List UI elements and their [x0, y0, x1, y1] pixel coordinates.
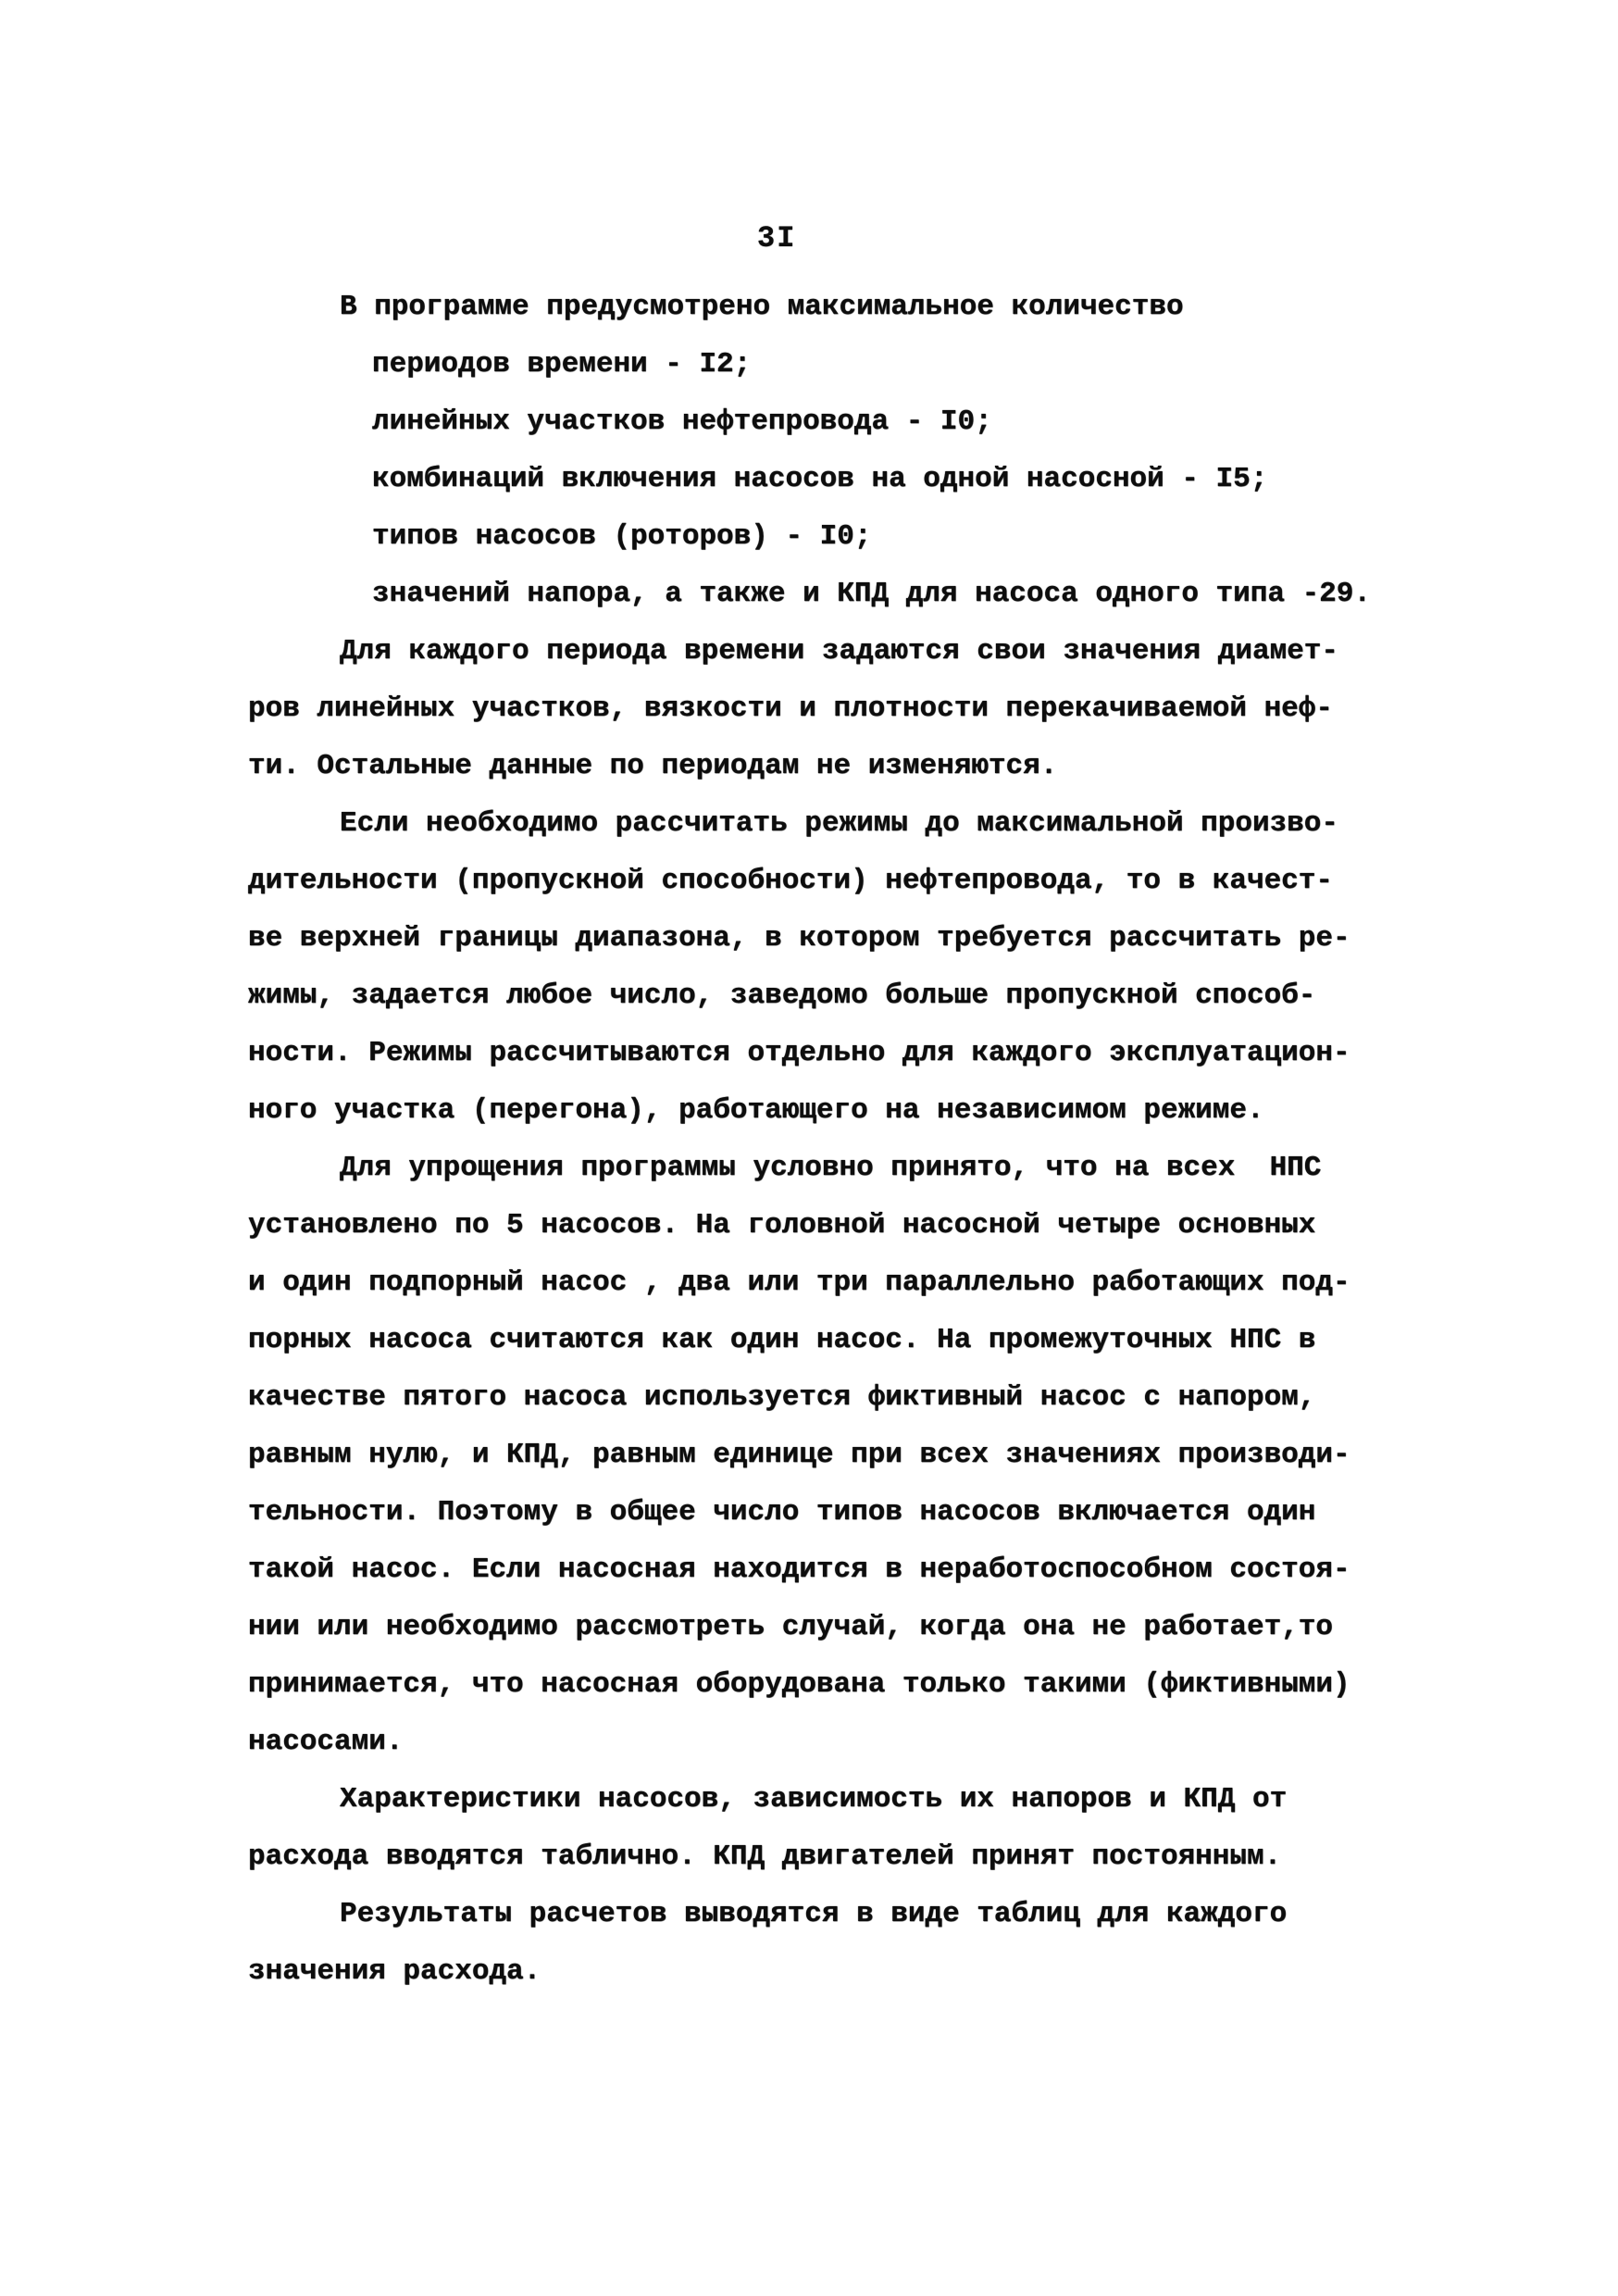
text-line: комбинаций включения насосов на одной на…	[248, 451, 1424, 508]
text-line: расхода вводятся таблично. КПД двигателе…	[248, 1828, 1424, 1886]
text-line: жимы, задается любое число, заведомо бол…	[248, 967, 1424, 1025]
text-line: Для каждого периода времени задаются сво…	[248, 623, 1424, 680]
document-page: 3I В программе предусмотрено максимально…	[0, 0, 1618, 2296]
text-line: ти. Остальные данные по периодам не изме…	[248, 738, 1424, 795]
text-line: установлено по 5 насосов. На головной на…	[248, 1197, 1424, 1254]
text-line: Результаты расчетов выводятся в виде таб…	[248, 1886, 1424, 1943]
text-line: типов насосов (роторов) - I0;	[248, 508, 1424, 566]
text-line: такой насос. Если насосная находится в н…	[248, 1541, 1424, 1599]
text-line: ров линейных участков, вязкости и плотно…	[248, 680, 1424, 738]
text-line: Характеристики насосов, зависимость их н…	[248, 1771, 1424, 1828]
text-line: тельности. Поэтому в общее число типов н…	[248, 1484, 1424, 1541]
text-line: В программе предусмотрено максимальное к…	[248, 279, 1424, 336]
text-line: принимается, что насосная оборудована то…	[248, 1656, 1424, 1714]
document-body: В программе предусмотрено максимальное к…	[248, 279, 1424, 2001]
text-line: ного участка (перегона), работающего на …	[248, 1082, 1424, 1140]
text-line: насосами.	[248, 1714, 1424, 1771]
text-line: Если необходимо рассчитать режимы до мак…	[248, 795, 1424, 853]
text-line: нии или необходимо рассмотреть случай, к…	[248, 1599, 1424, 1656]
text-line: значений напора, а также и КПД для насос…	[248, 566, 1424, 623]
text-line: периодов времени - I2;	[248, 336, 1424, 393]
text-line: порных насоса считаются как один насос. …	[248, 1312, 1424, 1369]
text-line: дительности (пропускной способности) неф…	[248, 853, 1424, 910]
text-line: Для упрощения программы условно принято,…	[248, 1140, 1424, 1197]
text-line: ности. Режимы рассчитываются отдельно дл…	[248, 1025, 1424, 1082]
text-line: ве верхней границы диапазона, в котором …	[248, 910, 1424, 967]
text-line: линейных участков нефтепровода - I0;	[248, 393, 1424, 451]
page-number: 3I	[757, 219, 796, 258]
text-line: качестве пятого насоса используется фикт…	[248, 1369, 1424, 1427]
text-line: и один подпорный насос , два или три пар…	[248, 1254, 1424, 1312]
text-line: значения расхода.	[248, 1943, 1424, 2001]
text-line: равным нулю, и КПД, равным единице при в…	[248, 1427, 1424, 1484]
